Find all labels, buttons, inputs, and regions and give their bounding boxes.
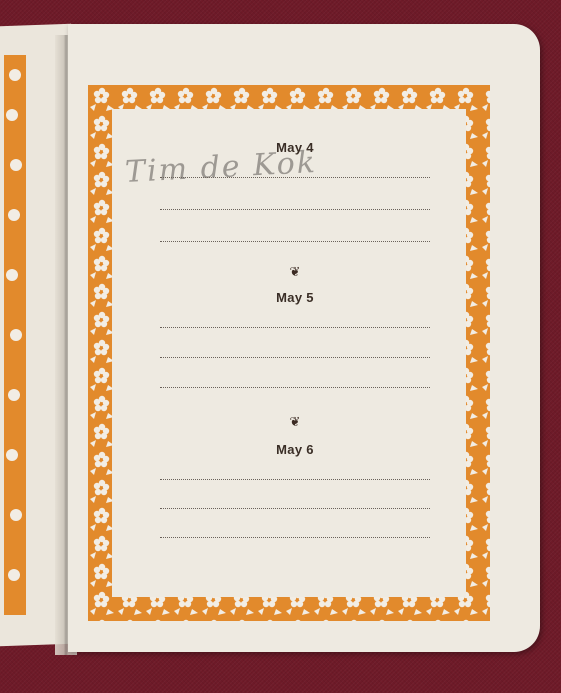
day-entry-may-5: May 5 [160, 290, 430, 388]
date-heading: May 6 [160, 442, 430, 457]
day-entry-may-6: May 6 [160, 442, 430, 538]
diary-entries: May 4 ❦ May 5 ❦ May 6 [160, 140, 430, 538]
date-heading: May 4 [160, 140, 430, 155]
clover-ornament-icon: ❦ [160, 264, 430, 280]
day-entry-may-4: May 4 [160, 140, 430, 242]
clover-ornament-icon: ❦ [160, 414, 430, 430]
left-page-floral-border [0, 55, 30, 615]
date-heading: May 5 [160, 290, 430, 305]
writing-line[interactable] [160, 537, 430, 538]
